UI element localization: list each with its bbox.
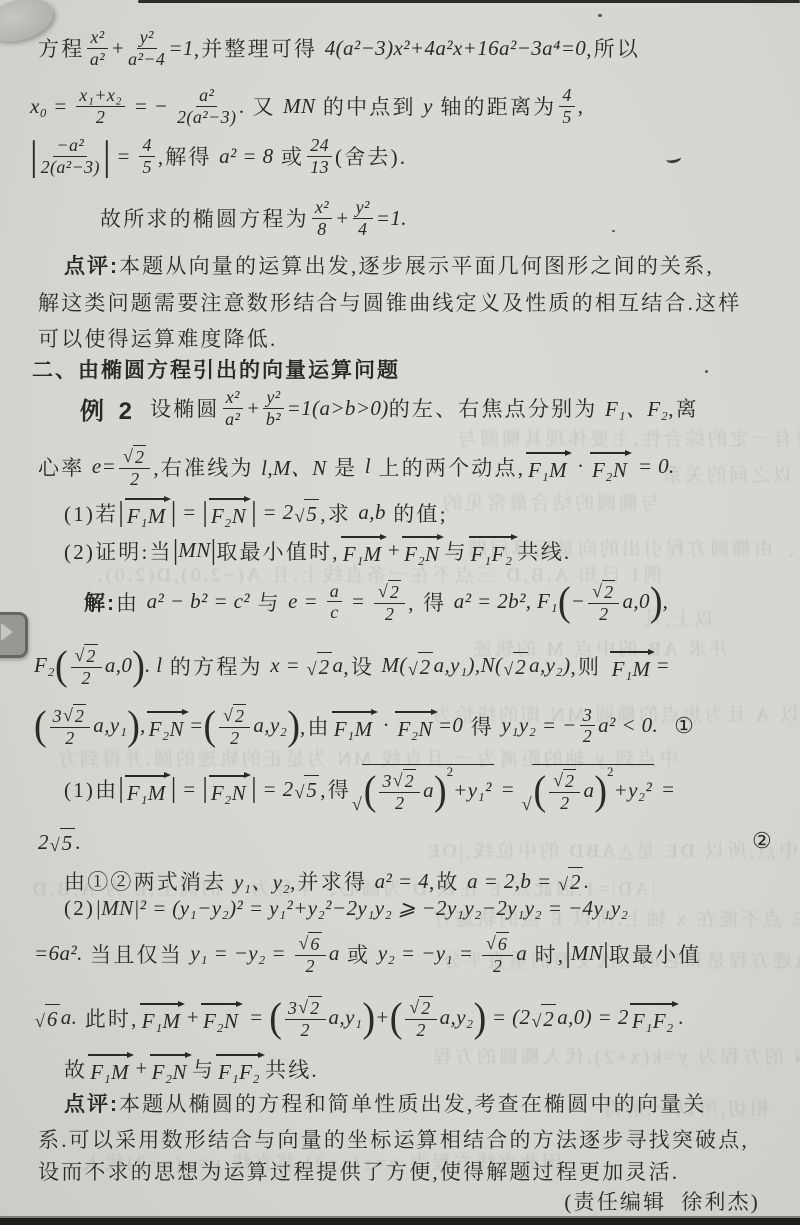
text-run: 上的两个动点, [371, 452, 525, 482]
square-root: √2 [393, 769, 416, 791]
math-run: . l [145, 653, 163, 678]
vector-arrow: F₂N [209, 773, 250, 806]
big-delimiter: ) [474, 998, 487, 1037]
abs-bar: | [118, 499, 124, 527]
text-run: 心率 [38, 452, 92, 482]
text-run: 与 [192, 1054, 215, 1084]
text-run: (1)由 [64, 774, 118, 804]
ink-speck [598, 14, 602, 17]
text-run: 方程 [38, 33, 84, 63]
math-run: = 0. [632, 454, 674, 479]
math-run: y [423, 94, 433, 119]
text-run: 共线. [518, 536, 572, 566]
numerator: y² [353, 198, 373, 219]
math-run: a² = 4 [375, 869, 429, 894]
square-root: √6 [35, 1004, 60, 1032]
math-run: 2 [604, 583, 613, 602]
big-delimiter: ( [204, 706, 217, 745]
doc-line: 系.可以采用数形结合与向量的坐标运算相结合的方法逐步寻找突破点, [38, 1124, 749, 1154]
denominator: 2 [493, 956, 502, 976]
vector-arrow: F₁M [88, 1052, 133, 1085]
math-run: 2 [599, 605, 608, 624]
math-run: +y₁² [453, 778, 492, 803]
doc-line: 点评:本题从向量的运算出发,逐步展示平面几何图形之间的关系, [64, 250, 714, 280]
math-run: x₀ = [30, 94, 73, 119]
math-run: 2 [583, 727, 592, 746]
fraction: √22 [119, 445, 150, 489]
radicand: 2 [133, 445, 146, 467]
radicand: 2 [317, 652, 332, 680]
doc-line: |−a²2(a²−3)| = 45,解得 a² = 8 或2413(舍去). [30, 134, 407, 179]
math-run: = [655, 653, 670, 678]
fraction: 3√22 [285, 996, 326, 1040]
square-root: √2 [298, 996, 321, 1018]
big-delimiter: ( [558, 582, 571, 621]
math-run: F₂ [34, 653, 55, 678]
vector-arrow: F₁M [140, 1001, 185, 1034]
radical-sign: √ [307, 661, 317, 679]
square-root: √2 [531, 1004, 556, 1032]
math-run: MN [571, 941, 603, 966]
numerator: y² [137, 28, 157, 49]
text-run: 的方程为 [162, 651, 270, 681]
math-run: e= [92, 454, 116, 479]
bleedthrough-text: 与椭圆的结合最常见的 [440, 488, 660, 515]
text-run: 又 [245, 91, 283, 121]
math-run: 2 [570, 870, 581, 895]
text-run: 由 [116, 587, 147, 617]
abs-bar: | [202, 775, 208, 803]
numerator: x² [312, 198, 332, 219]
text-run: 与 [250, 587, 288, 617]
math-run: = [189, 713, 204, 738]
math-run: y₁、y₂ [234, 866, 290, 896]
text-run: (责任编辑 徐利杰) [564, 1186, 760, 1216]
vector-name: F₂N [404, 542, 439, 567]
math-run: y² [266, 388, 280, 407]
text-run: 设而不求的思想为运算过程提供了方便,使得解题过程更加灵活. [38, 1156, 679, 1186]
text-run: ,所以 [586, 33, 640, 63]
big-delimiter: ) [127, 706, 140, 745]
bleedthrough-text: 以之间的关系 [660, 460, 792, 487]
square-root: √2 [307, 652, 332, 680]
math-run: 2 [390, 583, 399, 602]
math-run: 5 [306, 778, 317, 803]
radical-sign: √ [408, 661, 418, 679]
math-run: , [663, 589, 669, 614]
square-root: √2 [408, 652, 433, 680]
vector-name: F₁F₂ [471, 542, 513, 567]
radicand: 2 [403, 769, 416, 791]
text-run: ,故 [429, 866, 467, 896]
doc-line: (3√22a,y₁),F₂N=(√22a,y₂),由F₁M · F₂N=0 得 … [34, 702, 694, 750]
math-run: a² [199, 86, 214, 105]
scan-bottom-edge [0, 1218, 800, 1225]
stray-mark [665, 153, 681, 164]
text-run: ,离 [668, 393, 699, 423]
fraction: −a²2(a²−3) [41, 136, 100, 177]
radicand: (3√22a)2+y₁² [362, 764, 494, 815]
text-run: (2)证明:当 [64, 536, 173, 566]
denominator: a² [90, 49, 105, 69]
denominator: 2 [130, 469, 139, 489]
doc-line: 故所求的椭圆方程为x²8+y²4=1. [100, 196, 407, 241]
text-run: 的中点到 [315, 91, 423, 121]
math-run: 6 [47, 1007, 58, 1032]
fraction: √22 [405, 996, 436, 1040]
fraction: √62 [295, 932, 326, 976]
vector-arrow: F₁M [125, 773, 170, 806]
math-run: = [243, 1005, 269, 1030]
numerator: √2 [219, 704, 250, 728]
math-run: = (2 [486, 1005, 530, 1030]
math-run: − [571, 589, 586, 614]
text-run: 解这类问题需要注意数形结合与圆锥曲线定义及性质的相互结合.这样 [38, 287, 741, 317]
vector-name: F₂N [203, 1009, 238, 1034]
fraction: y²4 [353, 198, 373, 239]
vector-name: F₂N [149, 717, 184, 742]
big-delimiter: | [103, 137, 111, 176]
radical-sign: √ [592, 583, 602, 601]
big-delimiter: ( [269, 998, 282, 1037]
math-run: 4 [358, 220, 367, 239]
doc-line: 点评:本题从椭圆的方程和简单性质出发,考查在椭圆中的向量关 [64, 1088, 706, 1118]
denominator: c [330, 602, 338, 622]
math-run: 2 [82, 669, 91, 688]
math-run: 2 [130, 470, 139, 489]
circled-number: ① [674, 713, 694, 739]
vector-arrow: F₁M [610, 649, 655, 682]
vector-name: F₂N [397, 717, 432, 742]
text-run: 本题从向量的运算出发,逐步展示平面几何图形之间的关系, [119, 250, 714, 280]
doc-line: 方程x²a²+y²a²−4=1,并整理可得 4(a²−3)x²+4a²x+16a… [38, 26, 640, 71]
math-run: 2 [405, 772, 414, 791]
numerator: 24 [307, 136, 332, 157]
numerator: 4 [139, 136, 154, 157]
math-run: 2 [96, 108, 105, 127]
denominator: 2(a²−3) [41, 157, 100, 177]
denominator: 2(a²−3) [177, 107, 236, 127]
math-run: y₁y₂ = − [501, 713, 576, 738]
math-run: 2 [86, 647, 95, 666]
math-run: . [76, 830, 82, 855]
math-run: 2 [385, 605, 394, 624]
math-run: . [679, 1005, 685, 1030]
superscript: 2 [447, 764, 454, 780]
doc-line: 解:由 a² − b² = c² 与 e = ac = √22, 得 a² = … [84, 578, 668, 626]
vector-arrow: F₁F₂ [216, 1052, 264, 1085]
math-run: 2 [38, 830, 49, 855]
big-delimiter: ) [363, 998, 376, 1037]
radical-sign: √ [50, 837, 60, 855]
math-run: −a² [56, 136, 84, 155]
radical-sign: √ [409, 999, 419, 1017]
denominator: 2 [395, 793, 404, 813]
math-run: F₁、F₂ [605, 393, 668, 423]
radical-sign: √ [35, 1013, 45, 1031]
doc-line: (2)|MN|² = (y₁−y₂)² = y₁²+y₂²−2y₁y₂ ⩾ −2… [64, 896, 628, 921]
denominator: 2 [385, 604, 394, 624]
math-run: 24 [310, 136, 329, 155]
vector-arrow: F₂N [201, 1001, 242, 1034]
ink-speck [705, 370, 708, 373]
numerator: x² [223, 388, 243, 409]
radicand: 5 [60, 828, 75, 856]
math-run: a,y₂ [440, 1005, 474, 1030]
math-run: 4 [562, 86, 571, 105]
denominator: a² [225, 409, 240, 429]
radicand: 5 [304, 775, 319, 803]
numerator: √6 [295, 932, 326, 956]
math-run: x² [315, 198, 329, 217]
radicand: 5 [304, 499, 319, 527]
math-run: a,0 [105, 653, 132, 678]
math-run: 2 [420, 655, 431, 680]
denominator: 2 [96, 107, 105, 127]
big-delimiter: ) [594, 771, 607, 810]
vector-arrow: F₂N [590, 450, 631, 483]
math-run: a [583, 778, 594, 803]
fraction: a²2(a²−3) [177, 86, 236, 127]
math-run: 13 [310, 158, 329, 177]
radical-sign: √ [486, 935, 496, 953]
text-run: 取最小值时, [216, 536, 339, 566]
big-delimiter: ( [390, 998, 403, 1037]
text-run: ,解得 [158, 141, 219, 171]
vector-arrow: F₁M [332, 709, 377, 742]
numerator: 3√2 [379, 769, 420, 793]
fraction: y²b² [263, 388, 283, 429]
numerator: √6 [482, 932, 513, 956]
math-run: a,b [358, 500, 385, 525]
vector-name: F₂N [211, 781, 246, 806]
math-run: 2 [235, 707, 244, 726]
fraction: x²8 [312, 198, 332, 239]
vector-name: F₁M [528, 458, 567, 483]
radical-sign: √ [531, 1013, 541, 1031]
big-delimiter: ( [55, 646, 68, 685]
square-root: √2 [553, 769, 576, 791]
text-run: 本题从椭圆的方程和简单性质出发,考查在椭圆中的向量关 [119, 1088, 706, 1118]
big-delimiter: ( [534, 771, 547, 810]
denominator: 2 [583, 726, 592, 746]
math-run: =6a². [34, 941, 83, 966]
radical-sign: √ [295, 784, 305, 802]
numerator: √2 [588, 580, 619, 604]
vector-name: F₁M [334, 717, 373, 742]
radicand: 2 [563, 769, 576, 791]
numerator: 3 [580, 706, 595, 727]
doc-line: 由①②两式消去 y₁、y₂,并求得 a² = 4,故 a = 2,b = √2. [64, 866, 590, 896]
denominator: 4 [358, 219, 367, 239]
abs-bar: | [118, 775, 124, 803]
doc-line: =6a². 当且仅当 y₁ = −y₂ = √62a 或 y₂ = −y₁ = … [34, 930, 702, 978]
math-run: a² [225, 410, 240, 429]
scan-top-edge [138, 0, 800, 3]
square-root: √5 [295, 499, 320, 527]
math-run: e = [288, 589, 324, 614]
math-run: 2 [395, 794, 404, 813]
bold-label: 解: [84, 587, 116, 617]
numerator: 3√2 [285, 996, 326, 1020]
math-run: x² [90, 28, 104, 47]
text-run: 与 [444, 536, 467, 566]
math-run: = [111, 144, 137, 169]
radical-sign: √ [352, 796, 362, 814]
vector-name: F₁F₂ [218, 1060, 260, 1085]
radicand: 2 [233, 704, 246, 726]
example-label: 例 2 [80, 391, 136, 426]
vector-arrow: F₂N [150, 1052, 191, 1085]
square-root: √2 [409, 996, 432, 1018]
text-run: 此时, [77, 1003, 138, 1033]
abs-bar: | [202, 499, 208, 527]
math-run: y² [140, 28, 154, 47]
denominator: 5 [562, 107, 571, 127]
doc-line: √6a. 此时,F₁M+F₂N = (3√22a,y₁)+(√22a,y₂) =… [34, 994, 684, 1042]
text-run: 时, [527, 939, 565, 969]
math-run: a,y₁ [93, 713, 127, 738]
vector-arrow: F₁M [526, 450, 571, 483]
math-run: 2 [421, 999, 430, 1018]
square-root: √2 [75, 644, 98, 666]
bold-label: 二、由椭圆方程引出的向量运算问题 [32, 354, 400, 384]
math-run: c [330, 603, 338, 622]
radicand: 2 [568, 867, 583, 895]
square-root: √2 [223, 704, 246, 726]
bleedthrough-text: 直线 MN 的方程为 y=k(x+2),代入椭圆的方程 [430, 1042, 800, 1069]
doc-line: 2√5. [38, 828, 81, 856]
math-run: + [185, 1005, 200, 1030]
doc-line: x₀ = x₁+x₂2 = − a²2(a²−3). 又 MN 的中点到 y 轴… [30, 84, 585, 129]
radical-sign: √ [75, 647, 85, 665]
math-run: 2 [135, 448, 144, 467]
math-run: = [495, 777, 521, 802]
math-run: M( [382, 653, 407, 678]
math-run: a [333, 653, 344, 678]
fraction: 45 [139, 136, 154, 177]
doc-line: 例 2设椭圆x²a²+y²b²=1(a>b>0)的左、右焦点分别为 F₁、F₂,… [80, 386, 699, 431]
big-delimiter: ) [287, 706, 300, 745]
math-run: + [246, 396, 261, 421]
math-run: a² − b² = c² [147, 589, 250, 614]
text-run: 共线. [265, 1054, 319, 1084]
math-run: = [345, 589, 371, 614]
math-run: |MN|² = (y₁−y₂)² = y₁²+y₂²−2y₁y₂ ⩾ −2y₁y… [95, 896, 628, 921]
text-run: , 得 [408, 587, 454, 617]
fraction: 3√22 [379, 769, 420, 813]
text-run: ,右准线为 [153, 452, 261, 482]
math-run: a,0) = 2 [557, 1005, 629, 1030]
numerator: x₁+x₂ [76, 86, 125, 107]
vector-name: F₁M [612, 657, 651, 682]
fraction: √22 [588, 580, 619, 624]
text-run: 系.可以采用数形结合与向量的坐标运算相结合的方法逐步寻找突破点, [38, 1124, 749, 1154]
denominator: b² [266, 409, 281, 429]
square-root: √(√22a)2+y₂² [522, 764, 654, 815]
fraction: x₁+x₂2 [76, 86, 125, 127]
math-run: 2 [493, 957, 502, 976]
vector-name: F₂N [592, 458, 627, 483]
fraction: y²a²−4 [128, 28, 165, 69]
math-run: = [176, 500, 202, 525]
radical-sign: √ [63, 707, 73, 725]
vector-arrow: F₁F₂ [630, 1001, 678, 1034]
math-run: a. [61, 1005, 78, 1030]
fraction: 3√22 [50, 704, 91, 748]
text-run: 可以使得运算难度降低. [38, 323, 277, 353]
radicand: (√22a)2+y₂² [532, 764, 655, 815]
math-run: 5 [306, 502, 317, 527]
text-run: ,求 [320, 498, 358, 528]
denominator: 2 [82, 668, 91, 688]
math-run: = [176, 777, 202, 802]
radicand: 2 [84, 644, 97, 666]
text-run: ,并整理可得 [194, 33, 325, 63]
doc-line: (2)证明:当|MN|取最小值时,F₁M+F₂N与F₁F₂共线. [64, 534, 571, 567]
text-run: 故所求的椭圆方程为 [100, 203, 309, 233]
doc-line: (责任编辑 徐利杰) [564, 1186, 760, 1216]
radicand: 6 [45, 1004, 60, 1032]
math-run: x = [270, 653, 306, 678]
math-run: 2 [65, 729, 74, 748]
doc-line: 心率 e=√22,右准线为 l,M、N 是 l 上的两个动点,F₁M · F₂N… [38, 443, 675, 491]
square-root: √6 [299, 932, 322, 954]
math-run: a,0 [622, 589, 649, 614]
square-root: √5 [295, 775, 320, 803]
math-run: a² < 0. [598, 713, 658, 738]
math-run: 3 [583, 706, 592, 725]
math-run: a² = 2b², F₁ [454, 589, 558, 614]
math-run: + [111, 36, 126, 61]
math-run: 2 [416, 1021, 425, 1040]
big-delimiter: ) [132, 646, 145, 685]
denominator: 2 [599, 604, 608, 624]
square-root: √2 [592, 580, 615, 602]
vector-name: F₁M [127, 781, 166, 806]
vector-name: F₁M [142, 1009, 181, 1034]
fraction: √22 [71, 644, 102, 688]
denominator: 8 [317, 219, 326, 239]
text-run: ,由 [300, 711, 331, 741]
fraction: √22 [549, 769, 580, 813]
math-run: a [329, 941, 340, 966]
vector-name: F₁M [127, 504, 166, 529]
math-run: 2 [305, 957, 314, 976]
text-run: ,设 [343, 651, 381, 681]
math-run: a² = 8 [219, 144, 273, 169]
scanned-page: 对椭圆的考查一般带有一定的综合性,主要体现其椭圆与以之间的关系与椭圆的结合最常见… [0, 0, 800, 1225]
radicand: 6 [308, 932, 321, 954]
text-run: 或 [340, 939, 378, 969]
vector-arrow: F₁F₂ [469, 534, 517, 567]
math-run: MN [178, 538, 210, 563]
math-run: 4 [142, 136, 151, 155]
radicand: 2 [308, 996, 321, 1018]
denominator: 2 [305, 956, 314, 976]
doc-line: ② [752, 828, 772, 854]
fraction: x²a² [87, 28, 107, 69]
big-delimiter: ) [650, 582, 663, 621]
vector-arrow: F₂N [209, 496, 250, 529]
radicand: 6 [496, 932, 509, 954]
text-run: 由①②两式消去 [64, 866, 234, 896]
bold-label: 点评: [64, 250, 119, 280]
radicand: 2 [602, 580, 615, 602]
math-run: 3 [53, 707, 62, 726]
square-root: √2 [63, 704, 86, 726]
math-run: 5 [562, 108, 571, 127]
